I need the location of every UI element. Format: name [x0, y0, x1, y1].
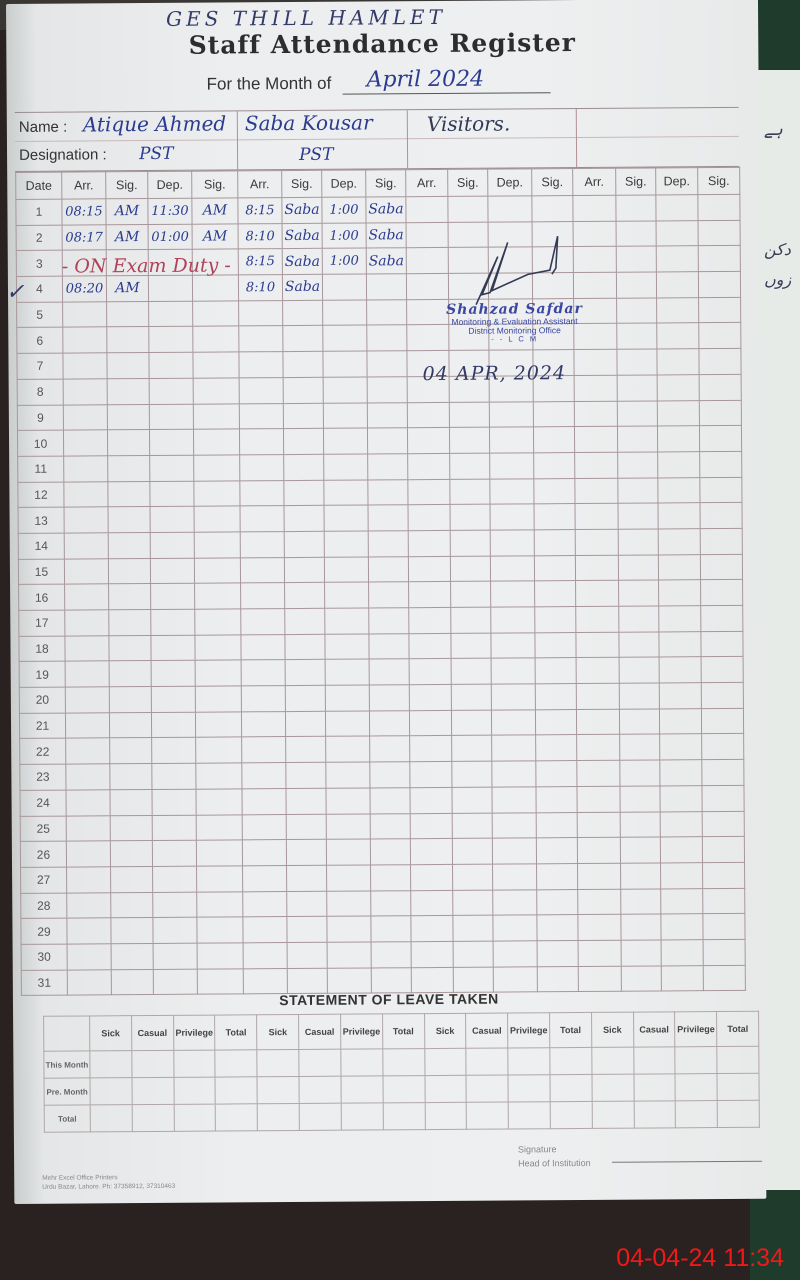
signature-cell — [286, 839, 326, 865]
date-cell: 6 — [17, 328, 63, 354]
staff-3-name: Visitors. — [427, 111, 511, 136]
signature-cell — [283, 377, 323, 403]
date-cell: 8 — [17, 379, 63, 405]
col-dep: Dep. — [488, 169, 532, 196]
col-arr: Arr. — [62, 172, 106, 199]
empty-cell — [617, 349, 657, 375]
empty-cell — [617, 298, 657, 324]
signature-cell — [110, 789, 152, 815]
staff-1-name: Atique Ahmed — [83, 111, 227, 136]
leave-cell — [215, 1050, 257, 1077]
leave-cell — [382, 1049, 424, 1076]
col-dep: Dep. — [148, 171, 192, 198]
attendance-body: 108:15AM11:30AM8:15Saba1:00Saba208:17AM0… — [16, 194, 746, 995]
leave-col-header: Sick — [257, 1014, 299, 1049]
arrival-cell: 08:17 — [62, 224, 106, 250]
signature-cell — [283, 403, 323, 429]
departure-cell — [327, 891, 371, 917]
empty-cell — [573, 195, 616, 221]
signature-cell — [283, 326, 323, 352]
signature-cell — [195, 635, 241, 661]
empty-cell — [619, 657, 659, 683]
departure-cell — [327, 968, 371, 994]
date-cell: 24 — [20, 790, 66, 816]
staff-1-designation: PST — [139, 144, 174, 164]
empty-cell — [452, 838, 492, 864]
leave-col-header: Sick — [424, 1013, 466, 1048]
signature-cell — [283, 300, 323, 326]
date-cell: 31 — [21, 970, 67, 996]
date-cell: 30 — [21, 944, 67, 970]
date-cell: 12 — [18, 482, 64, 508]
date-cell: 26 — [20, 841, 66, 867]
arrival-cell — [64, 558, 108, 584]
signature-cell — [107, 404, 149, 430]
signature-cell — [110, 738, 152, 764]
date-cell: 20 — [19, 687, 65, 713]
signature-cell — [369, 710, 409, 736]
arrival-cell — [66, 764, 110, 790]
leave-cell — [634, 1101, 676, 1128]
empty-cell — [700, 503, 742, 529]
printer-address: Urdu Bazar, Lahore. Ph: 37358912, 373104… — [42, 1182, 175, 1192]
arrival-cell — [243, 917, 287, 943]
signature-cell — [371, 967, 411, 993]
arrival-cell — [64, 533, 108, 559]
empty-cell — [408, 556, 450, 582]
checkmark-icon: ✓ — [6, 280, 25, 305]
date-cell: 25 — [20, 816, 66, 842]
signature-cell — [285, 685, 325, 711]
empty-cell — [620, 811, 660, 837]
empty-cell — [578, 940, 621, 966]
empty-cell — [409, 659, 451, 685]
empty-cell — [700, 528, 742, 554]
leave-row: Total — [44, 1100, 759, 1132]
empty-cell — [577, 735, 620, 761]
empty-cell — [660, 811, 702, 837]
empty-cell — [489, 427, 533, 453]
empty-cell — [658, 503, 700, 529]
empty-cell — [700, 477, 742, 503]
empty-cell — [410, 787, 452, 813]
empty-cell — [620, 760, 660, 786]
empty-cell — [616, 195, 656, 221]
arrival-cell — [242, 788, 286, 814]
signature-cell — [111, 866, 153, 892]
empty-cell — [449, 427, 489, 453]
divider — [407, 110, 408, 168]
signature-cell: AM — [106, 224, 148, 250]
departure-cell — [323, 351, 367, 377]
empty-cell — [661, 863, 703, 889]
departure-cell — [150, 481, 194, 507]
departure-cell — [325, 608, 369, 634]
leave-col-header: Casual — [466, 1013, 508, 1048]
arrival-cell — [64, 456, 108, 482]
signature-cell-value: AM — [203, 228, 228, 244]
signature-cell — [197, 891, 243, 917]
empty-cell — [621, 889, 661, 915]
signature-cell — [195, 660, 241, 686]
departure-cell — [151, 584, 195, 610]
month-underline — [343, 92, 551, 94]
empty-cell — [408, 530, 450, 556]
col-arr: Arr. — [406, 169, 448, 196]
signature-cell — [193, 326, 239, 352]
signature-cell: Saba — [282, 223, 322, 249]
empty-cell — [576, 683, 619, 709]
departure-cell — [152, 763, 196, 789]
signature-cell — [369, 659, 409, 685]
leave-cell — [592, 1074, 634, 1101]
empty-cell — [658, 554, 700, 580]
signature-cell — [193, 378, 239, 404]
empty-cell — [575, 529, 618, 555]
departure-cell — [327, 916, 371, 942]
departure-cell — [149, 404, 193, 430]
arrival-cell: 8:10 — [238, 275, 282, 301]
signature-cell — [371, 942, 411, 968]
departure-cell — [326, 762, 370, 788]
date-cell: 3 — [16, 250, 62, 276]
empty-cell — [702, 811, 744, 837]
empty-cell — [574, 401, 617, 427]
empty-cell — [701, 657, 743, 683]
departure-cell — [323, 402, 367, 428]
departure-cell-value: 01:00 — [151, 229, 189, 244]
empty-cell — [621, 914, 661, 940]
empty-cell — [537, 889, 578, 915]
departure-cell — [148, 275, 192, 301]
empty-cell — [575, 452, 618, 478]
empty-cell — [452, 761, 492, 787]
arrival-cell — [239, 300, 283, 326]
empty-cell — [659, 580, 701, 606]
leave-cell — [424, 1075, 466, 1102]
empty-cell — [621, 863, 661, 889]
empty-cell — [659, 657, 701, 683]
arrival-cell — [239, 403, 283, 429]
leave-cell — [634, 1074, 676, 1101]
empty-cell — [701, 580, 743, 606]
signature-cell: AM — [106, 199, 148, 225]
arrival-cell — [241, 583, 285, 609]
empty-cell — [491, 633, 535, 659]
arrival-cell — [65, 584, 109, 610]
empty-cell — [616, 221, 656, 247]
empty-cell — [658, 529, 700, 555]
signature-cell-value: Saba — [284, 228, 319, 244]
month-value: April 2024 — [366, 67, 484, 93]
departure-cell — [324, 557, 368, 583]
arrival-cell — [243, 891, 287, 917]
col-sig: Sig. — [282, 170, 322, 197]
arrival-cell — [240, 506, 284, 532]
register-page: GES THILL HAMLET Staff Attendance Regist… — [6, 0, 766, 1204]
signature-cell — [193, 352, 239, 378]
arrival-cell — [239, 326, 283, 352]
signature-cell-value: Saba — [368, 227, 403, 243]
signature-cell-value: AM — [115, 229, 140, 245]
leave-row-label: Pre. Month — [44, 1078, 90, 1105]
departure-cell — [326, 839, 370, 865]
signature-cell: Saba — [366, 197, 406, 223]
signature-cell — [367, 299, 407, 325]
empty-cell — [576, 709, 619, 735]
empty-cell — [493, 915, 537, 941]
designation-label: Designation : — [19, 146, 107, 164]
departure-cell — [324, 480, 368, 506]
signature-cell-value: AM — [203, 203, 228, 219]
empty-cell — [407, 402, 449, 428]
arrival-cell — [63, 404, 107, 430]
empty-cell — [659, 683, 701, 709]
staff-header: Name : Designation : Atique Ahmed PST Sa… — [15, 107, 739, 172]
empty-cell — [578, 914, 621, 940]
empty-cell — [617, 400, 657, 426]
leave-col-header: Sick — [591, 1012, 633, 1047]
signature-cell — [196, 737, 242, 763]
col-dep: Dep. — [656, 168, 698, 195]
departure-cell — [326, 788, 370, 814]
signature-cell — [193, 301, 239, 327]
col-date: Date — [16, 172, 62, 199]
empty-cell — [492, 838, 536, 864]
leave-col-header: Total — [215, 1015, 257, 1050]
signature-label: Signature — [518, 1142, 591, 1157]
empty-cell — [699, 323, 741, 349]
empty-cell — [409, 710, 451, 736]
arrival-cell — [63, 327, 107, 353]
empty-cell — [578, 889, 621, 915]
departure-cell — [149, 327, 193, 353]
signature-cell — [107, 353, 149, 379]
leave-col-header: Total — [382, 1014, 424, 1049]
empty-cell — [411, 916, 453, 942]
empty-cell — [448, 196, 488, 222]
empty-cell — [577, 786, 620, 812]
empty-cell — [660, 760, 702, 786]
empty-cell — [578, 863, 621, 889]
arrival-cell — [243, 968, 287, 994]
signature-cell — [284, 454, 324, 480]
empty-cell — [703, 888, 745, 914]
arrival-cell — [243, 865, 287, 891]
empty-cell — [699, 426, 741, 452]
signature-cell — [109, 712, 151, 738]
signature-cell — [194, 480, 240, 506]
arrival-cell — [67, 867, 111, 893]
empty-cell — [659, 631, 701, 657]
empty-cell — [619, 683, 659, 709]
leave-cell — [341, 1076, 383, 1103]
leave-cell — [717, 1073, 759, 1100]
empty-cell — [699, 374, 741, 400]
signature-cell — [111, 943, 153, 969]
empty-cell — [659, 708, 701, 734]
departure-cell — [150, 532, 194, 558]
leave-col-header: Total — [549, 1012, 591, 1047]
leave-cell — [90, 1078, 132, 1105]
empty-cell — [620, 734, 660, 760]
leave-cell — [132, 1050, 174, 1077]
signature-cell — [109, 584, 151, 610]
departure-cell — [150, 558, 194, 584]
signature-cell — [368, 505, 408, 531]
arrival-cell — [242, 737, 286, 763]
arrival-cell: 08:20 — [62, 276, 106, 302]
empty-cell — [618, 555, 658, 581]
signature-cell — [194, 558, 240, 584]
empty-cell — [618, 478, 658, 504]
empty-cell — [406, 222, 448, 248]
leave-cell — [174, 1077, 216, 1104]
signature-cell — [367, 351, 407, 377]
leave-cell — [466, 1102, 508, 1129]
departure-cell — [151, 635, 195, 661]
signature-cell — [284, 480, 324, 506]
signature-line — [612, 1161, 762, 1163]
departure-cell — [323, 300, 367, 326]
departure-cell: 1:00 — [322, 197, 366, 223]
leave-cell — [383, 1103, 425, 1130]
signature-cell-value: AM — [115, 280, 140, 296]
signature-cell: AM — [192, 198, 238, 224]
departure-cell — [149, 301, 193, 327]
leave-cell — [424, 1048, 466, 1075]
empty-cell — [616, 272, 656, 298]
leave-row-label: This Month — [44, 1051, 90, 1078]
leave-cell — [341, 1103, 383, 1130]
signature-cell — [195, 609, 241, 635]
empty-cell — [699, 349, 741, 375]
signature-cell: Saba — [282, 249, 322, 275]
arrival-cell-value: 8:10 — [246, 280, 275, 295]
stamp-place: - - L C M — [446, 335, 583, 344]
empty-cell — [621, 966, 661, 992]
signature-cell: AM — [106, 276, 148, 302]
arrival-cell — [241, 686, 285, 712]
leave-corner — [44, 1016, 90, 1051]
date-cell: 23 — [20, 764, 66, 790]
arrival-cell — [65, 661, 109, 687]
empty-cell — [535, 709, 576, 735]
visit-date: 04 APR, 2024 — [423, 362, 567, 385]
empty-cell — [407, 299, 449, 325]
departure-cell-value: 1:00 — [329, 228, 358, 243]
empty-cell — [407, 428, 449, 454]
empty-cell — [408, 505, 450, 531]
leave-cell — [173, 1050, 215, 1077]
leave-cell — [216, 1104, 258, 1131]
signature-cell — [197, 917, 243, 943]
departure-cell — [152, 840, 196, 866]
signature-cell-value: AM — [115, 203, 140, 219]
empty-cell — [453, 890, 493, 916]
leave-col-header: Privilege — [508, 1013, 550, 1048]
departure-cell — [323, 325, 367, 351]
signature-cell — [107, 378, 149, 404]
empty-cell — [488, 196, 532, 222]
arrival-cell — [66, 738, 110, 764]
date-cell: 29 — [21, 918, 67, 944]
signature-cell — [286, 737, 326, 763]
col-sig: Sig. — [106, 172, 148, 199]
leave-col-header: Privilege — [675, 1012, 717, 1047]
signature-cell — [285, 660, 325, 686]
leave-cell — [508, 1075, 550, 1102]
signature-cell-value: Saba — [285, 254, 320, 270]
empty-cell — [656, 246, 698, 272]
departure-cell — [327, 865, 371, 891]
arrival-cell — [64, 507, 108, 533]
signature-cell — [107, 327, 149, 353]
arrival-cell — [67, 944, 111, 970]
date-cell: 14 — [18, 533, 64, 559]
arrival-cell-value: 8:15 — [245, 203, 274, 218]
leave-cell — [592, 1101, 634, 1128]
side-note: دکن — [764, 240, 791, 259]
signature-cell — [197, 968, 243, 994]
departure-cell — [152, 738, 196, 764]
empty-cell — [536, 786, 577, 812]
arrival-cell: 8:10 — [238, 223, 282, 249]
departure-cell — [325, 659, 369, 685]
signature-cell-value: Saba — [284, 202, 319, 218]
empty-cell — [409, 607, 451, 633]
camera-timestamp: 04-04-24 11:34 — [616, 1244, 784, 1273]
leave-cell — [215, 1077, 257, 1104]
school-header: GES THILL HAMLET — [166, 5, 446, 31]
leave-cell — [550, 1074, 592, 1101]
signature-cell — [287, 968, 327, 994]
signature-cell — [110, 841, 152, 867]
empty-cell — [536, 761, 577, 787]
leave-cell — [383, 1076, 425, 1103]
empty-cell — [617, 323, 657, 349]
empty-cell — [661, 965, 703, 991]
signature-cell — [194, 455, 240, 481]
col-sig: Sig. — [192, 171, 238, 198]
empty-cell — [576, 632, 619, 658]
empty-cell — [574, 426, 617, 452]
signature-cell — [368, 454, 408, 480]
leave-cell — [633, 1047, 675, 1074]
arrival-cell — [243, 942, 287, 968]
empty-cell — [534, 529, 575, 555]
empty-cell — [493, 966, 537, 992]
arrival-cell — [241, 660, 285, 686]
signature-cell — [111, 892, 153, 918]
leave-cell — [299, 1076, 341, 1103]
leave-cell — [466, 1048, 508, 1075]
divider — [15, 136, 739, 142]
side-note: ہے — [764, 120, 783, 139]
empty-cell — [533, 427, 574, 453]
empty-cell — [489, 401, 533, 427]
empty-cell — [493, 864, 537, 890]
signature-cell — [371, 890, 411, 916]
signature-cell — [195, 712, 241, 738]
empty-cell — [659, 606, 701, 632]
empty-cell — [574, 375, 617, 401]
signature-cell: Saba — [282, 197, 322, 223]
signature-cell — [197, 943, 243, 969]
arrival-cell: 8:15 — [238, 249, 282, 275]
signature-cell — [287, 891, 327, 917]
leave-col-header: Casual — [131, 1015, 173, 1050]
